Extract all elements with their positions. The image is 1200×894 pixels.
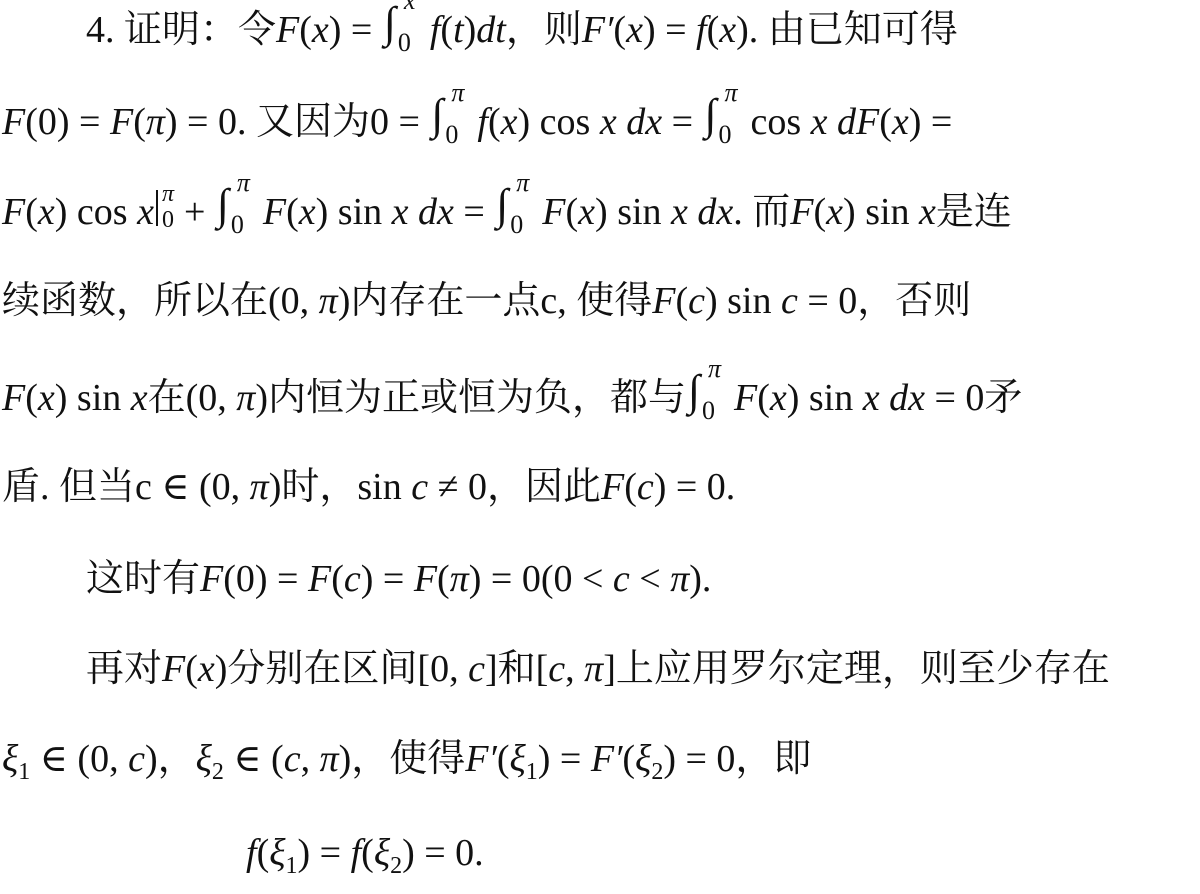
math-text: ) = 0 [663,738,735,780]
math-variable: x [719,9,736,51]
math-variable: x [919,191,936,233]
math-text: ( [133,101,146,143]
math-variable: c [468,648,485,690]
math-text: ) sin [843,191,919,233]
evaluation-bar: π0 [154,186,184,224]
proof-line-8: 再对F(x)分别在区间[0, c]和[c, π]上应用罗尔定理，则至少存在 [86,644,1110,694]
math-text: = [454,191,494,233]
upper-limit: π [516,170,529,196]
integral-sign-glyph: ∫ [496,180,508,230]
math-text: ) [736,9,749,51]
text-segment: ，即 [735,738,811,780]
math-text: , [301,738,320,780]
math-text: + [184,191,215,233]
upper-limit: π [725,80,738,106]
math-text: ( [185,648,198,690]
lower-limit: 0 [719,122,732,148]
math-variable: F [734,377,757,419]
math-variable: x [38,377,55,419]
integral-sign-glyph: ∫ [431,90,443,140]
math-variable: π [320,738,339,780]
subscript: 1 [526,759,538,785]
math-text: ) cos [55,191,137,233]
math-variable: F′ [591,738,623,780]
math-text: ) = 0 [165,101,237,143]
math-text: ∈ ( [224,738,284,780]
math-variable: x [770,377,787,419]
math-variable: c [128,738,145,780]
math-variable: x dx [671,191,733,233]
math-variable: c [411,466,428,508]
integral-sign-glyph: ∫ [384,0,396,48]
math-variable: t [453,9,464,51]
integral-symbol: ∫π0 [431,96,475,134]
proof-line-4: 续函数，所以在(0, π)内存在一点c, 使得F(c) sin c = 0，否则 [2,276,971,326]
math-variable: f [477,101,488,143]
upper-limit: x [404,0,416,14]
math-text: ) = [298,832,351,874]
text-segment: 再对 [86,648,162,690]
proof-line-9: ξ1 ∈ (0, c)，ξ2 ∈ (c, π)，使得F′(ξ1) = F′(ξ2… [2,734,811,784]
math-variable: f [430,9,441,51]
lower-limit: 0 [231,212,244,238]
math-text: ≠ 0 [428,466,487,508]
lower-limit: 0 [398,30,411,56]
math-variable: x [312,9,329,51]
evaluation-bar-line [156,190,158,226]
math-text: ( [440,9,453,51]
math-variable: F [2,377,25,419]
upper-limit: π [237,170,250,196]
math-variable: x dF [811,101,880,143]
math-variable: π [450,558,469,600]
math-variable: x dx [600,101,662,143]
math-variable: F [2,101,25,143]
proof-line-2: F(0) = F(π) = 0. 又因为0 = ∫π0f(x) cos x dx… [2,96,952,146]
math-text: ( [25,191,38,233]
math-variable: F [162,648,185,690]
math-variable: F [263,191,286,233]
text-segment: 盾. 但当c ∈ (0, [2,466,250,508]
math-text: ) = [643,9,696,51]
math-text: ) sin [316,191,392,233]
math-variable: f [246,832,257,874]
math-text: ) sin [787,377,863,419]
subscript: 1 [18,759,30,785]
math-text: ) [145,738,158,780]
math-variable: x [626,9,643,51]
upper-limit: π [451,80,464,106]
math-variable: F [308,558,331,600]
math-variable: x [198,648,215,690]
math-variable: x [501,101,518,143]
math-variable: x [578,191,595,233]
math-text: < [630,558,670,600]
integral-symbol: ∫π0 [496,186,540,224]
math-variable: ξ [509,738,525,780]
math-text: sin [357,466,411,508]
math-text: cos [751,101,811,143]
subscript: 2 [390,853,402,879]
math-variable: c [781,280,798,322]
math-variable: x [826,191,843,233]
math-text: ( [286,191,299,233]
subscript: 2 [212,759,224,785]
math-text: ) [339,738,352,780]
math-variable: ξ [269,832,285,874]
math-variable: c [688,280,705,322]
math-text: ( [814,191,827,233]
math-variable: f [696,9,707,51]
math-text: ( [757,377,770,419]
integral-sign-glyph: ∫ [688,366,700,416]
upper-limit: π [162,182,174,206]
math-variable: π [670,558,689,600]
text-segment: . 由已知可得 [749,9,958,51]
integral-symbol: ∫π0 [705,96,749,134]
math-text: ) [215,648,228,690]
math-variable: x dx [863,377,925,419]
math-variable: ξ [196,738,212,780]
integral-symbol: ∫π0 [688,372,732,410]
math-variable: x dx [392,191,454,233]
text-segment: 矛 [984,377,1022,419]
math-variable: π [319,280,338,322]
math-variable: c [548,648,565,690]
text-segment: )内恒为正或恒为负，都与 [255,377,686,419]
lower-limit: 0 [445,122,458,148]
text-segment: 这时有 [86,558,200,600]
math-variable: F [601,466,624,508]
math-text: ) sin [55,377,131,419]
text-segment: ，则 [506,9,582,51]
math-text: ( [257,832,270,874]
math-text: ) = 0. [402,832,484,874]
proof-line-1: 4. 证明：令F(x) = ∫x0f(t)dt，则F′(x) = f(x). 由… [86,4,958,54]
text-segment: 分别在区间[0, [227,648,468,690]
math-text: (0) = [25,101,110,143]
math-text: ) = [361,558,414,600]
integral-symbol: ∫x0 [384,4,428,42]
math-text: ( [707,9,720,51]
text-segment: . 又因为0 = [237,101,429,143]
math-text: ) = [329,9,382,51]
proof-document: 4. 证明：令F(x) = ∫x0f(t)dt，则F′(x) = f(x). 由… [0,0,1200,894]
math-variable: x [137,191,154,233]
math-variable: c [284,738,301,780]
math-text: ( [624,466,637,508]
text-segment: ]和[ [485,648,548,690]
math-text: ∈ (0, [30,738,128,780]
math-text: ) cos [518,101,600,143]
math-text: ) sin [705,280,781,322]
math-variable: f [351,832,362,874]
math-text: ( [331,558,344,600]
math-variable: F [276,9,299,51]
text-segment: , [565,648,584,690]
subscript: 2 [651,759,663,785]
math-variable: ξ [2,738,18,780]
math-variable: F′ [465,738,497,780]
text-segment: 续函数，所以在(0, [2,280,319,322]
math-variable: c [637,466,654,508]
text-segment: 是连 [936,191,1012,233]
math-variable: F [652,280,675,322]
math-text: ( [675,280,688,322]
math-variable: π [584,648,603,690]
math-variable: x [38,191,55,233]
proof-line-10-conclusion: f(ξ1) = f(ξ2) = 0. [246,828,484,878]
proof-line-3: F(x) cos xπ0+ ∫π0F(x) sin x dx = ∫π0F(x)… [2,186,1012,236]
lower-limit: 0 [510,212,523,238]
math-variable: F′ [582,9,614,51]
math-variable: F [2,191,25,233]
text-segment: . 而 [733,191,790,233]
math-variable: c [344,558,361,600]
math-variable: x [299,191,316,233]
text-segment: )内存在一点c, 使得 [338,280,653,322]
math-text: ) = [538,738,591,780]
math-variable: c [613,558,630,600]
math-text: ( [566,191,579,233]
math-text: ) = 0(0 < [469,558,613,600]
math-variable: dt [476,9,506,51]
math-variable: ξ [635,738,651,780]
math-text: ( [488,101,501,143]
subscript: 1 [286,853,298,879]
math-text: ) = 0. [654,466,736,508]
math-variable: π [250,466,269,508]
lower-limit: 0 [702,398,715,424]
math-text: ( [613,9,626,51]
math-text: ( [25,377,38,419]
proof-line-6: 盾. 但当c ∈ (0, π)时，sin c ≠ 0，因此F(c) = 0. [2,462,735,512]
math-text: ( [299,9,312,51]
math-text: ). [689,558,711,600]
math-variable: F [542,191,565,233]
text-segment: 4. 证明：令 [86,9,276,51]
math-text: = 0 [925,377,984,419]
integral-sign-glyph: ∫ [217,180,229,230]
math-text: = 0 [798,280,857,322]
math-text: ( [879,101,892,143]
math-text: ) [464,9,477,51]
math-variable: F [790,191,813,233]
math-variable: x [131,377,148,419]
text-segment: ， [158,738,196,780]
math-text: ) sin [595,191,671,233]
math-text: ( [361,832,374,874]
math-text: ) = [909,101,953,143]
text-segment: ，使得 [351,738,465,780]
math-variable: ξ [374,832,390,874]
text-segment: 在(0, [148,377,237,419]
text-segment: ，因此 [487,466,601,508]
math-variable: F [414,558,437,600]
text-segment: )时， [269,466,358,508]
math-variable: F [200,558,223,600]
math-variable: F [110,101,133,143]
math-text: ( [497,738,510,780]
text-segment: ]上应用罗尔定理，则至少存在 [603,648,1110,690]
math-variable: π [236,377,255,419]
math-text: = [662,101,702,143]
proof-line-5: F(x) sin x在(0, π)内恒为正或恒为负，都与∫π0F(x) sin … [2,372,1022,422]
text-segment: ，否则 [857,280,971,322]
math-variable: x [892,101,909,143]
math-text: ( [622,738,635,780]
lower-limit: 0 [162,208,174,232]
integral-sign-glyph: ∫ [705,90,717,140]
math-text: (0) = [223,558,308,600]
proof-line-7: 这时有F(0) = F(c) = F(π) = 0(0 < c < π). [86,554,711,604]
math-text: ( [437,558,450,600]
math-variable: π [146,101,165,143]
integral-symbol: ∫π0 [217,186,261,224]
upper-limit: π [708,356,721,382]
